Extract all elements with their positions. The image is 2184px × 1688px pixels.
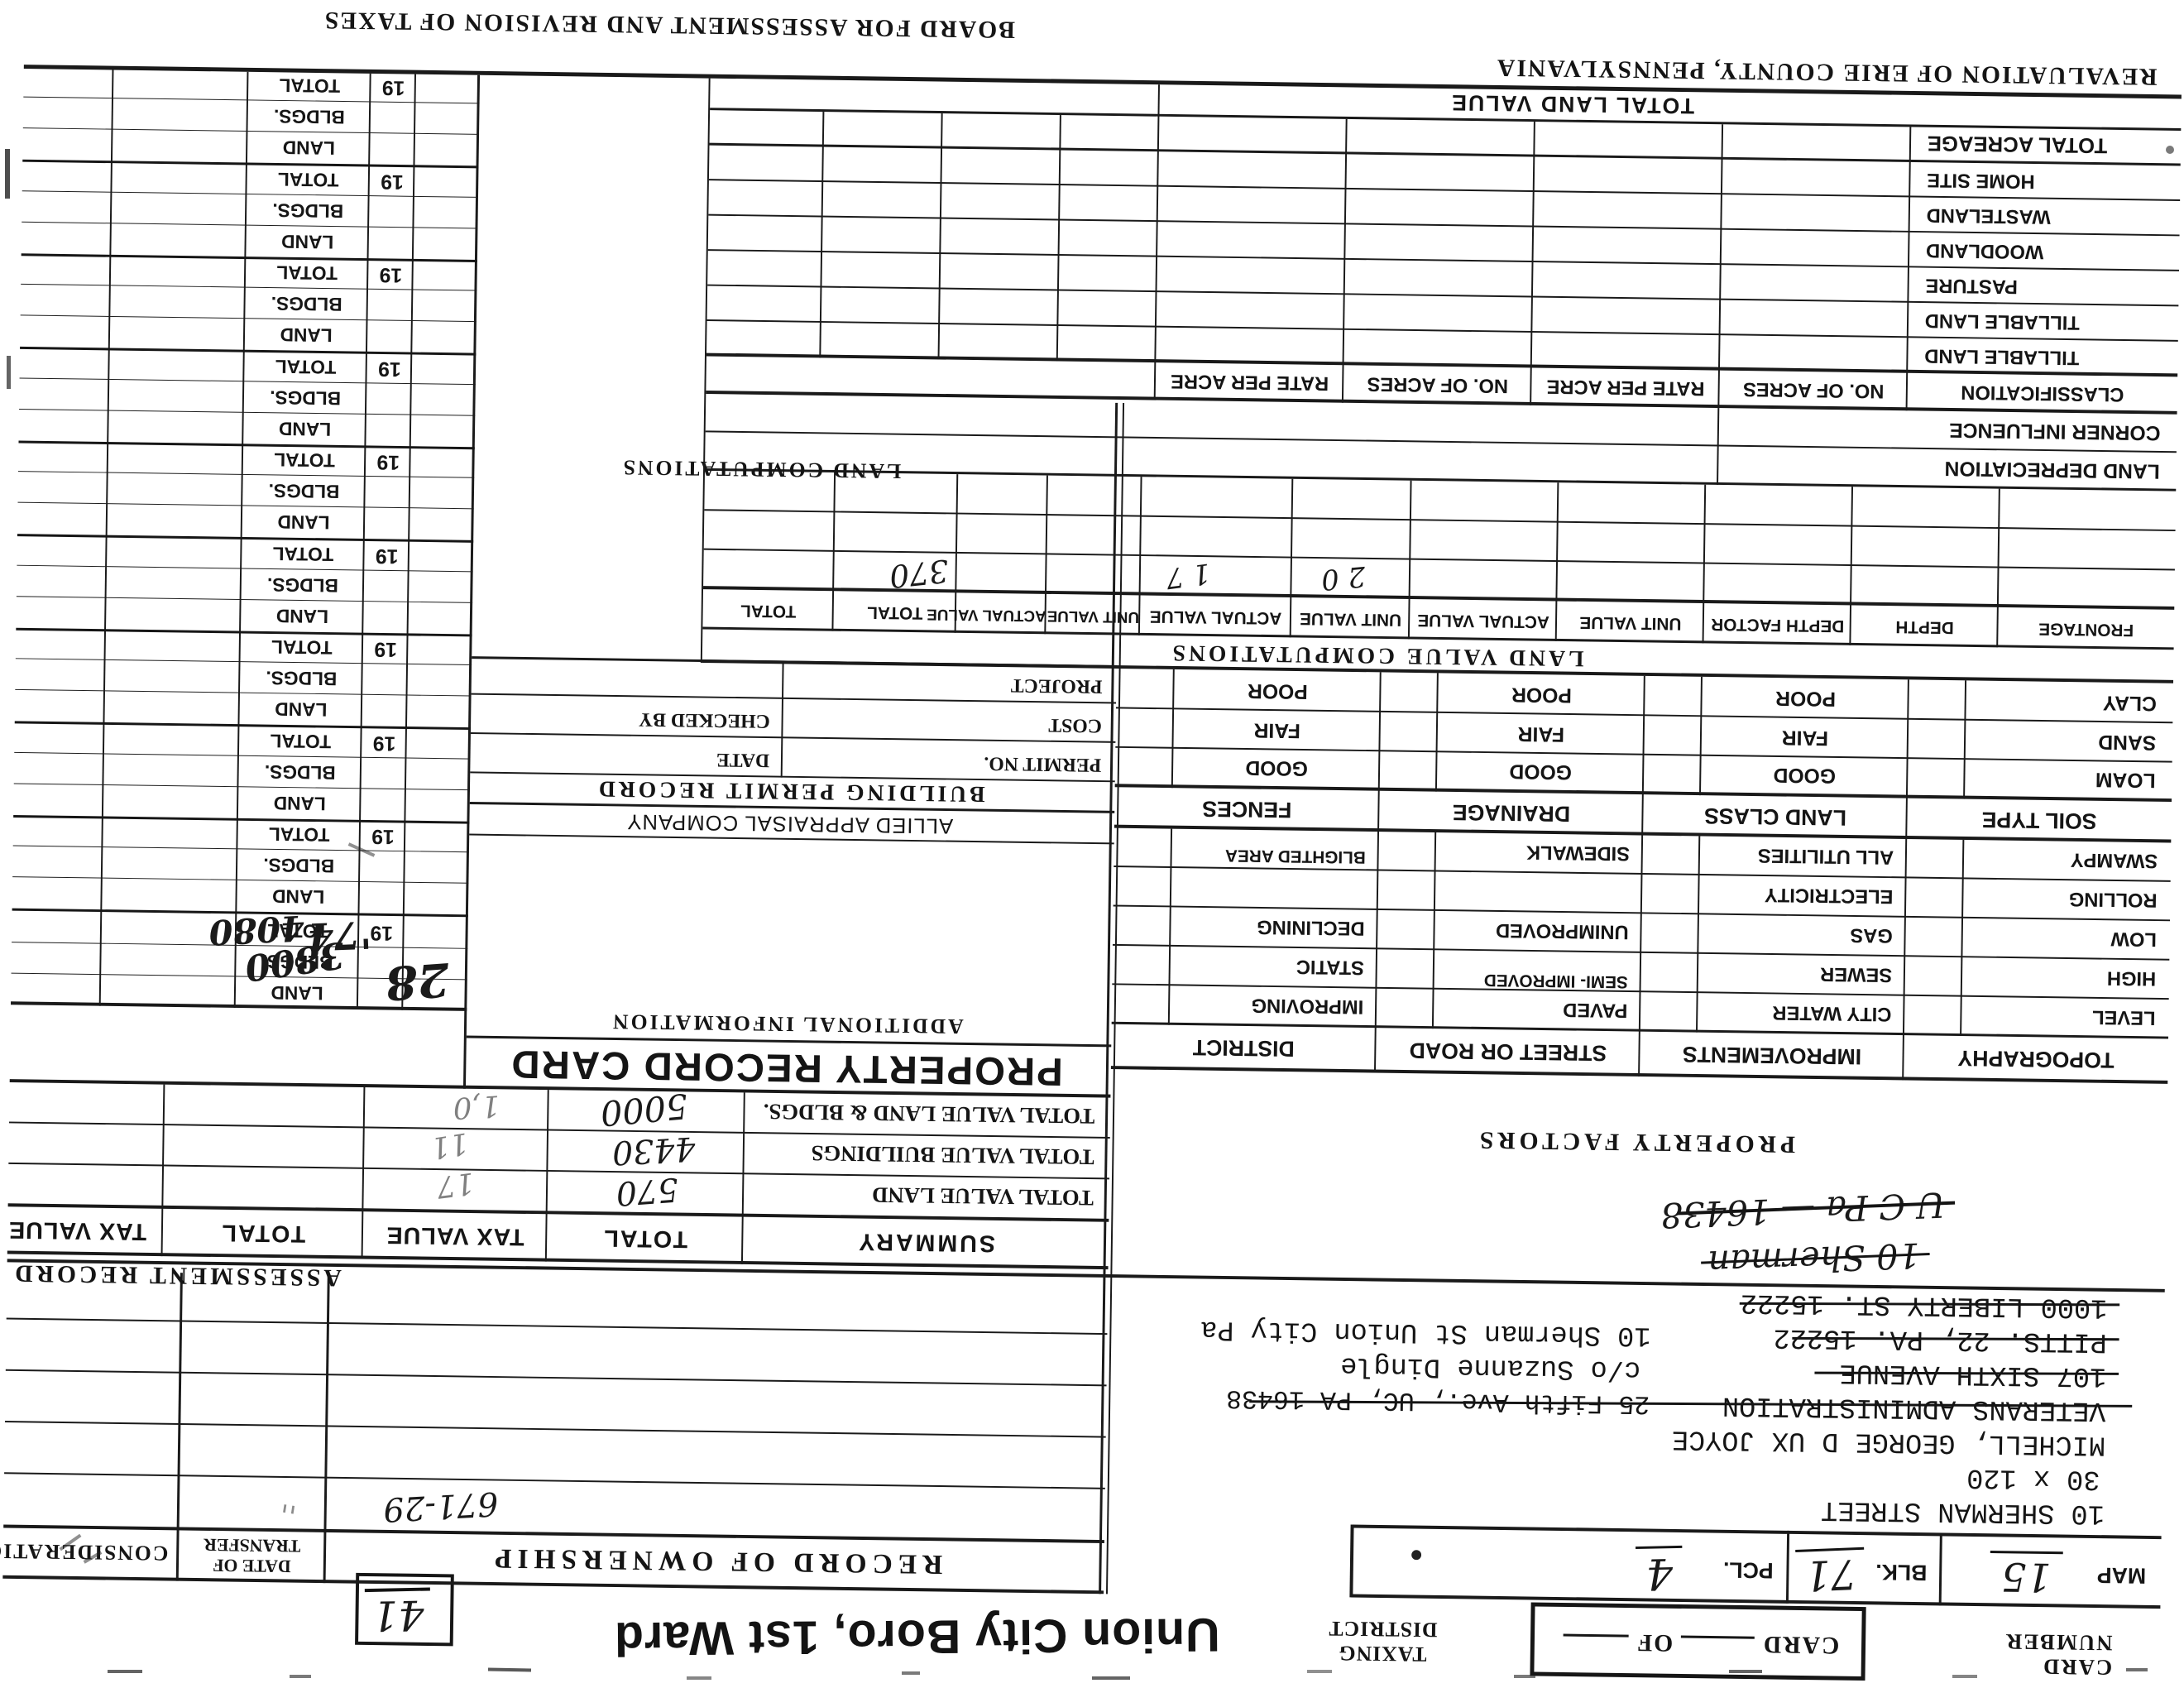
land-label: LAND <box>243 417 366 446</box>
topography-header: TOPOGRAPHY <box>1904 1044 2168 1073</box>
summary-header: SUMMARY <box>743 1225 1109 1258</box>
lvc-actual-value-3: ACTUAL VALUE <box>956 605 1046 624</box>
summary-bldgs-total-hw: 4430 <box>611 1129 697 1172</box>
fences-fair: FAIR <box>1174 717 1381 743</box>
pcl-value: 4 <box>1636 1546 1683 1598</box>
factor-high: HIGH <box>2107 966 2157 990</box>
summary-lb-total-hw: 5000 <box>599 1086 690 1134</box>
revaluation-title: REVALUATION OF ERIE COUNTY, PENNSYLVANIA <box>1496 53 2158 90</box>
class-good: GOOD <box>1701 762 1908 789</box>
row-tillable-land-2: TILLABLE LAND <box>1925 309 2179 335</box>
year-prefix: 19 <box>363 637 409 661</box>
factor-all-utilities: ALL UTILITIES <box>1758 843 1894 868</box>
district-label: DISTRICT <box>1328 1617 1438 1642</box>
bldgs-label: BLDGS. <box>244 386 367 415</box>
dot-line1: DATE OF <box>213 1556 291 1577</box>
factor-improving: IMPROVING <box>1251 994 1363 1019</box>
soil-loam: LOAM <box>2095 767 2156 792</box>
assessment-group-7: LAND BLDGS. TOTAL 19 <box>18 347 476 449</box>
summary-land-tax-hw: 17 <box>435 1166 477 1204</box>
blk-value: 71 <box>1796 1547 1866 1599</box>
property-street: 10 SHERMAN STREET <box>1821 1494 2105 1528</box>
total-label: TOTAL <box>247 167 370 196</box>
board-title: BOARD FOR ASSESSMENT AND REVISION OF TAX… <box>323 6 1016 43</box>
lvc-depth: DEPTH <box>1851 616 1999 637</box>
row-total-acreage: TOTAL ACREAGE <box>1928 131 2182 160</box>
factor-gas: GAS <box>1850 923 1893 947</box>
date-of-transfer-label: DATE OF TRANSFER <box>180 1534 324 1577</box>
lvc-actual-value-1: ACTUAL VALUE <box>1410 610 1557 631</box>
year-prefix: 19 <box>362 731 407 755</box>
factor-swampy: SWAMPY <box>2071 848 2158 872</box>
fences-poor: POOR <box>1174 678 1381 704</box>
checked-by-label: CHECKED BY <box>639 707 770 731</box>
hw-assessment-year: '74 <box>307 913 372 959</box>
fences-good: GOOD <box>1173 755 1380 781</box>
bldgs-label: BLDGS. <box>247 199 370 228</box>
summary-tax-header: TAX VALUE <box>363 1220 548 1250</box>
factor-declining: DECLINING <box>1257 915 1365 939</box>
drainage-header: DRAINAGE <box>1379 798 1644 827</box>
drainage-good: GOOD <box>1437 758 1644 784</box>
row-wasteland: WASTELAND <box>1926 204 2180 230</box>
of-label: OF <box>1636 1629 1673 1657</box>
assessment-tax-header: TAX VALUE <box>8 1216 146 1244</box>
lvc-depth-factor: DEPTH FACTOR <box>1704 614 1851 635</box>
year-prefix: 19 <box>368 262 414 286</box>
bldgs-label: BLDGS. <box>245 292 368 321</box>
factor-unimproved: UNIMPROVED <box>1496 918 1629 943</box>
bldgs-label: BLDGS. <box>242 573 365 602</box>
improvements-header: IMPROVEMENTS <box>1640 1041 1904 1070</box>
new-address: 10 Sherman St Union City Pa <box>1200 1313 1651 1350</box>
old-owner-name: VETERANS ADMINISTRATION <box>1722 1389 2106 1426</box>
soil-clay: CLAY <box>2103 691 2157 716</box>
year-prefix: 19 <box>370 169 415 193</box>
project-label: PROJECT <box>1011 674 1103 697</box>
summary-total-header: TOTAL <box>547 1223 744 1253</box>
assessment-total-header: TOTAL <box>163 1218 363 1248</box>
assessment-group-9: LAND BLDGS. TOTAL 19 <box>22 160 479 262</box>
drainage-fair: FAIR <box>1438 721 1645 747</box>
land-computations-label: LAND COMPUTATIONS <box>623 455 901 483</box>
bldgs-label: BLDGS. <box>242 479 366 508</box>
factor-low: LOW <box>2110 927 2157 950</box>
total-label: TOTAL <box>237 822 361 851</box>
lvc-actual-hw: 1 7 <box>1164 557 1212 595</box>
total-label: TOTAL <box>239 729 362 758</box>
property-factors-title: PROPERTY FACTORS <box>1390 1125 1880 1159</box>
bldgs-label: BLDGS. <box>240 666 363 695</box>
land-label: LAND <box>237 885 360 914</box>
card-number-label-line2: NUMBER <box>2004 1629 2113 1655</box>
summary-row-land-label: TOTAL VALUE LAND <box>872 1182 1094 1210</box>
assessment-group-2: LAND BLDGS. TOTAL 19 <box>12 815 470 917</box>
card-blank <box>1681 1636 1755 1639</box>
factor-sewer: SEWER <box>1820 962 1892 986</box>
scanned-property-record-card: CARD NUMBER CARD OF TAXING DISTRICT Unio… <box>0 0 2184 1688</box>
factor-level: LEVEL <box>2092 1005 2156 1029</box>
total-label: TOTAL <box>243 448 366 477</box>
assessment-group-10: LAND BLDGS. TOTAL 19 <box>22 66 480 168</box>
total-label: TOTAL <box>248 74 371 103</box>
card-label: CARD <box>1762 1631 1840 1659</box>
soil-type-header: SOIL TYPE <box>1907 805 2172 834</box>
additional-info-label: ADDITIONAL INFORMATION <box>468 1007 1106 1040</box>
classification-header: CLASSIFICATION <box>1908 380 2177 406</box>
bldgs-label: BLDGS. <box>238 760 362 789</box>
land-label: LAND <box>241 604 364 633</box>
class-fair: FAIR <box>1702 724 1909 750</box>
blk-label: BLK. <box>1875 1559 1928 1585</box>
card-number-label-line1: CARD <box>2042 1654 2112 1680</box>
soil-sand: SAND <box>2098 730 2156 755</box>
rate-per-acre-header-2: RATE PER ACRE <box>1156 369 1344 395</box>
ward-stamp: Union City Boro, 1st Ward <box>614 1607 1220 1666</box>
year-prefix: 19 <box>361 824 406 848</box>
pcl-label: PCL. <box>1723 1556 1774 1582</box>
land-class-header: LAND CLASS <box>1643 802 1908 831</box>
lvc-actual-value-2: ACTUAL VALUE <box>1140 606 1291 627</box>
total-label: TOTAL <box>241 635 364 664</box>
lvc-frontage: FRONTAGE <box>1998 618 2174 640</box>
land-label: LAND <box>238 791 362 820</box>
factor-blighted-area: BLIGHTED AREA <box>1177 845 1366 866</box>
care-of-line: c/o Suzanne Dingle <box>1340 1350 1640 1385</box>
land-depreciation-label: LAND DEPRECIATION <box>1944 456 2160 482</box>
year-prefix: 19 <box>364 544 409 568</box>
land-label: LAND <box>245 323 368 352</box>
no-of-acres-header-2: NO. OF ACRES <box>1343 372 1532 397</box>
year-prefix: 19 <box>371 75 416 99</box>
land-label: LAND <box>246 229 369 258</box>
factor-sidewalk: SIDEWALK <box>1526 840 1631 864</box>
no-of-acres-header-1: NO. OF ACRES <box>1719 377 1908 403</box>
corner-influence-label: CORNER INFLUENCE <box>1949 418 2161 444</box>
card-rotated-content: CARD NUMBER CARD OF TAXING DISTRICT Unio… <box>2 0 2182 1688</box>
prc-title: PROPERTY RECORD CARD <box>467 1040 1105 1094</box>
ownership-entry-note: 671-29 <box>382 1484 499 1528</box>
drainage-poor: POOR <box>1438 681 1645 707</box>
summary-bldgs-tax-hw: 11 <box>429 1126 471 1165</box>
year-prefix: 19 <box>366 357 412 381</box>
taxing-label: TAXING <box>1338 1642 1426 1666</box>
factor-electricity: ELECTRICITY <box>1765 883 1894 908</box>
row-home-site: HOME SITE <box>1927 168 2181 194</box>
factor-static: STATIC <box>1296 955 1364 979</box>
assessment-group-6: LAND BLDGS. TOTAL 19 <box>17 441 475 543</box>
card-number-handwritten: 41 <box>365 1587 431 1639</box>
assessment-group-4: LAND BLDGS. TOTAL 19 <box>15 628 472 730</box>
bldgs-label: BLDGS. <box>237 853 361 882</box>
land-label: LAND <box>239 698 362 727</box>
summary-land-total-hw: 570 <box>615 1170 680 1212</box>
factor-semi-improved: SEMI- IMPROVED <box>1464 970 1628 990</box>
total-label: TOTAL <box>246 261 369 290</box>
district-header: DISTRICT <box>1111 1033 1377 1062</box>
cost-label: COST <box>1048 713 1102 736</box>
fences-header: FENCES <box>1114 794 1380 823</box>
bldgs-label: BLDGS. <box>247 104 371 133</box>
lvc-total-1: TOTAL <box>834 602 957 623</box>
lvc-unit-hw: 2 0 <box>1319 559 1367 596</box>
factor-rolling: ROLLING <box>2069 887 2158 911</box>
date-label: DATE <box>716 748 769 771</box>
lvc-unit-value-1: UNIT VALUE <box>1557 611 1704 633</box>
dot-line2: TRANSFER <box>204 1534 300 1556</box>
street-or-road-header: STREET OR ROAD <box>1376 1037 1640 1066</box>
lvc-unit-value-2: UNIT VALUE <box>1291 608 1410 630</box>
assessment-group-5: LAND BLDGS. TOTAL 19 <box>16 534 473 636</box>
class-poor: POOR <box>1702 685 1909 712</box>
assessment-group-8: LAND BLDGS. TOTAL 19 <box>20 253 477 355</box>
card-of-text: CARD OF <box>1564 1628 1840 1659</box>
land-label: LAND <box>247 136 371 165</box>
card-number-label: CARD NUMBER <box>2004 1629 2112 1679</box>
total-label: TOTAL <box>244 355 367 384</box>
permit-no-label: PERMIT NO. <box>984 752 1101 776</box>
summary-lb-tax-hw: 1,0 <box>452 1088 500 1125</box>
ownership-date-mark: '' <box>280 1484 301 1519</box>
factor-city-water: CITY WATER <box>1772 1000 1891 1025</box>
lvc-total-2: TOTAL <box>703 600 834 621</box>
hw-assessed-land: 28 <box>384 952 452 1010</box>
factor-paved: PAVED <box>1563 998 1628 1022</box>
assessment-record-title: ASSESSMENT RECORD <box>7 1259 346 1291</box>
taxing-district-label: TAXING DISTRICT <box>1328 1616 1438 1666</box>
row-woodland: WOODLAND <box>1926 238 2180 265</box>
total-label: TOTAL <box>242 542 365 571</box>
summary-row-total-label: TOTAL VALUE LAND & BLDGS. <box>764 1099 1095 1129</box>
owner-name: MICHELL, GEORGE D UX JOYCE <box>1672 1422 2106 1460</box>
lot-size: 30 x 120 <box>1966 1461 2100 1494</box>
stray-dot <box>1411 1550 1421 1560</box>
land-label: LAND <box>242 510 366 539</box>
map-label: MAP <box>2097 1562 2147 1588</box>
assessment-group-3: LAND BLDGS. TOTAL 19 <box>13 721 471 823</box>
summary-row-bldgs-label: TOTAL VALUE BUILDINGS <box>811 1140 1094 1169</box>
row-tillable-land-1: TILLABLE LAND <box>1924 344 2178 371</box>
row-pasture: PASTURE <box>1925 274 2179 300</box>
lvc-total-hw: 370 <box>888 553 951 595</box>
of-blank <box>1564 1634 1629 1638</box>
year-prefix: 19 <box>366 449 411 473</box>
map-value: 15 <box>1990 1551 2063 1600</box>
rate-per-acre-header-1: RATE PER ACRE <box>1531 374 1720 400</box>
lvc-unit-value-3: UNIT VALUE <box>1046 607 1140 626</box>
